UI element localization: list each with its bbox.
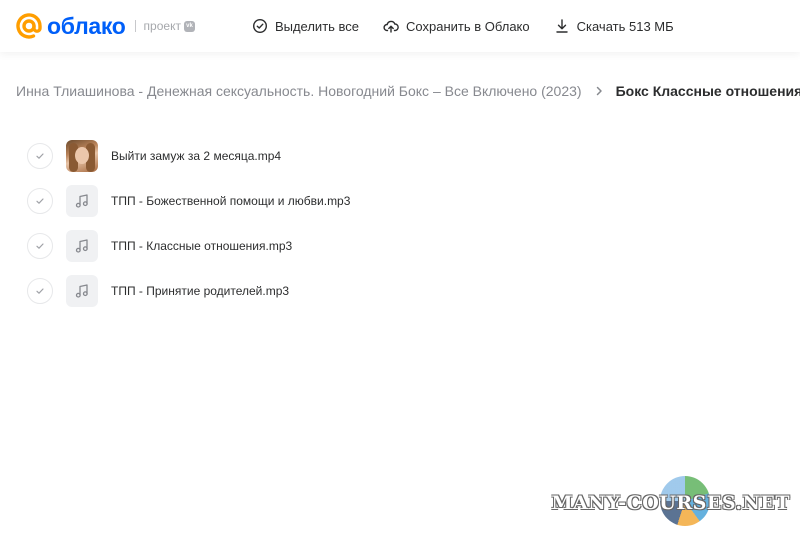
video-thumbnail	[66, 140, 98, 172]
breadcrumb-current: Бокс Классные отношения	[616, 83, 800, 99]
save-to-cloud-label: Сохранить в Облако	[406, 19, 530, 34]
breadcrumb-parent[interactable]: Инна Тлиашинова - Денежная сексуальность…	[16, 83, 582, 99]
select-all-label: Выделить все	[275, 19, 359, 34]
file-checkbox[interactable]	[27, 143, 53, 169]
breadcrumb: Инна Тлиашинова - Денежная сексуальность…	[16, 80, 800, 102]
file-name: ТПП - Божественной помощи и любви.mp3	[111, 194, 350, 208]
file-name: ТПП - Классные отношения.mp3	[111, 239, 292, 253]
cloud-logo[interactable]: облако проект vk	[16, 0, 195, 52]
file-row[interactable]: ТПП - Классные отношения.mp3	[27, 223, 350, 268]
watermark: MANY-COURSES.NET	[551, 492, 790, 514]
audio-thumbnail	[66, 185, 98, 217]
file-checkbox[interactable]	[27, 233, 53, 259]
file-checkbox[interactable]	[27, 278, 53, 304]
check-icon	[35, 151, 45, 161]
audio-thumbnail	[66, 275, 98, 307]
music-note-icon	[74, 193, 90, 209]
file-name: Выйти замуж за 2 месяца.mp4	[111, 149, 281, 163]
file-row[interactable]: ТПП - Принятие родителей.mp3	[27, 268, 350, 313]
download-button[interactable]: Скачать 513 МБ	[554, 18, 674, 34]
download-icon	[554, 18, 570, 34]
select-all-button[interactable]: Выделить все	[252, 18, 359, 34]
logo-text: облако	[47, 15, 126, 38]
vk-icon: vk	[184, 21, 195, 32]
file-row[interactable]: ТПП - Божественной помощи и любви.mp3	[27, 178, 350, 223]
audio-thumbnail	[66, 230, 98, 262]
file-list: Выйти замуж за 2 месяца.mp4 ТПП - Божест…	[27, 133, 350, 313]
cloud-upload-icon	[383, 18, 399, 34]
check-icon	[35, 286, 45, 296]
project-label: проект	[144, 19, 181, 33]
save-to-cloud-button[interactable]: Сохранить в Облако	[383, 18, 530, 34]
at-sign-logo-icon	[16, 13, 42, 39]
music-note-icon	[74, 238, 90, 254]
toolbar-actions: Выделить все Сохранить в Облако Скачать …	[252, 18, 698, 34]
download-label: Скачать 513 МБ	[577, 19, 674, 34]
check-icon	[35, 196, 45, 206]
top-header: облако проект vk Выделить все Сохранить …	[0, 0, 800, 52]
file-row[interactable]: Выйти замуж за 2 месяца.mp4	[27, 133, 350, 178]
chevron-right-icon	[594, 86, 604, 96]
file-checkbox[interactable]	[27, 188, 53, 214]
check-icon	[35, 241, 45, 251]
music-note-icon	[74, 283, 90, 299]
check-circle-icon	[252, 18, 268, 34]
file-name: ТПП - Принятие родителей.mp3	[111, 284, 289, 298]
logo-divider	[135, 20, 136, 32]
